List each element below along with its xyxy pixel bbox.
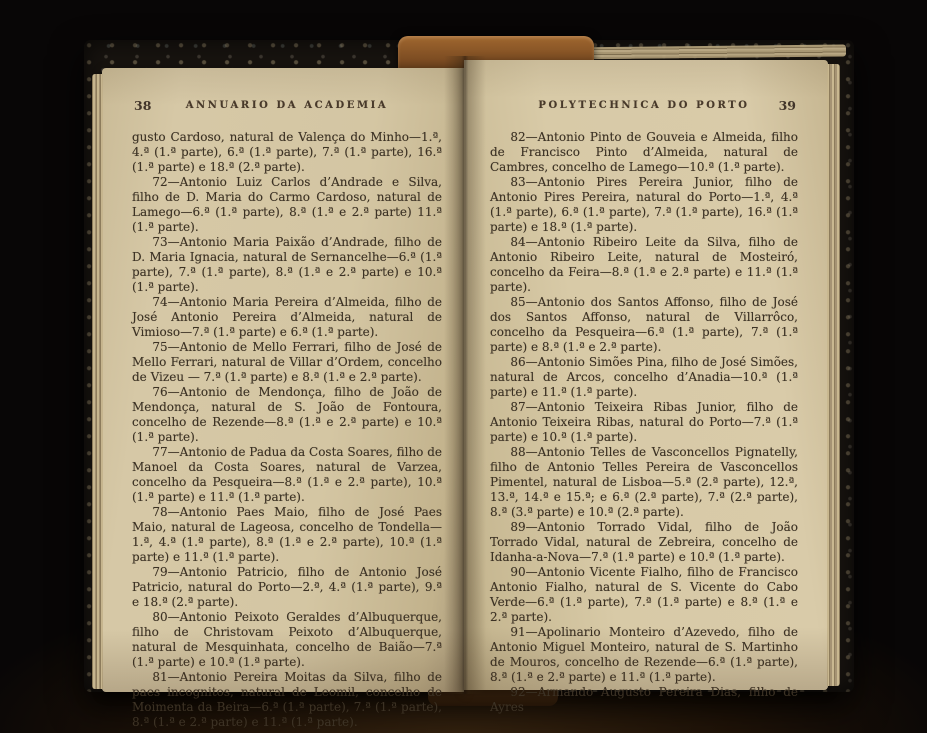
book-entry: 77—Antonio de Padua da Costa Soares, fil… [132, 445, 442, 505]
book-entry: gusto Cardoso, natural de Valença do Min… [132, 130, 442, 175]
right-running-title: POLYTECHNICA DO PORTO [490, 100, 798, 111]
book-entry: 85—Antonio dos Santos Affonso, filho de … [490, 295, 798, 355]
book-entry: 86—Antonio Simões Pina, filho de José Si… [490, 355, 798, 400]
book-entry: 88—Antonio Telles de Vasconcellos Pignat… [490, 445, 798, 520]
right-page-number: 39 [779, 98, 796, 113]
book-entry: 79—Antonio Patricio, filho de Antonio Jo… [132, 565, 442, 610]
book-entry: 83—Antonio Pires Pereira Junior, filho d… [490, 175, 798, 235]
right-page-text: 82—Antonio Pinto de Gouveia e Almeida, f… [490, 130, 798, 715]
book-entry: 72—Antonio Luiz Carlos d’Andrade e Silva… [132, 175, 442, 235]
book-entry: 73—Antonio Maria Paixão d’Andrade, filho… [132, 235, 442, 295]
book-entry: 78—Antonio Paes Maio, filho de José Paes… [132, 505, 442, 565]
right-page-header: POLYTECHNICA DO PORTO 39 [490, 98, 798, 116]
book-entry: 82—Antonio Pinto de Gouveia e Almeida, f… [490, 130, 798, 175]
book-entry: 87—Antonio Teixeira Ribas Junior, filho … [490, 400, 798, 445]
left-page-text: gusto Cardoso, natural de Valença do Min… [132, 130, 442, 730]
left-running-title: ANNUARIO DA ACADEMIA [132, 100, 442, 111]
book-entry: 81—Antonio Pereira Moitas da Silva, filh… [132, 670, 442, 730]
book-entry: 91—Apolinario Monteiro d’Azevedo, filho … [490, 625, 798, 685]
open-book: 38 ANNUARIO DA ACADEMIA gusto Cardoso, n… [0, 0, 927, 733]
book-entry: 76—Antonio de Mendonça, filho de João de… [132, 385, 442, 445]
page-edge-right [827, 64, 840, 686]
book-entry: 90—Antonio Vicente Fialho, filho de Fran… [490, 565, 798, 625]
left-page-header: 38 ANNUARIO DA ACADEMIA [132, 98, 442, 116]
book-entry: 92—Armando Augusto Pereira Dias, filho d… [490, 685, 798, 715]
left-page: 38 ANNUARIO DA ACADEMIA gusto Cardoso, n… [102, 68, 464, 692]
book-photo: 38 ANNUARIO DA ACADEMIA gusto Cardoso, n… [0, 0, 927, 733]
book-entry: 84—Antonio Ribeiro Leite da Silva, filho… [490, 235, 798, 295]
book-entry: 89—Antonio Torrado Vidal, filho de João … [490, 520, 798, 565]
book-entry: 80—Antonio Peixoto Geraldes d’Albuquerqu… [132, 610, 442, 670]
book-entry: 74—Antonio Maria Pereira d’Almeida, filh… [132, 295, 442, 340]
right-page: POLYTECHNICA DO PORTO 39 82—Antonio Pint… [464, 60, 828, 690]
book-entry: 75—Antonio de Mello Ferrari, filho de Jo… [132, 340, 442, 385]
